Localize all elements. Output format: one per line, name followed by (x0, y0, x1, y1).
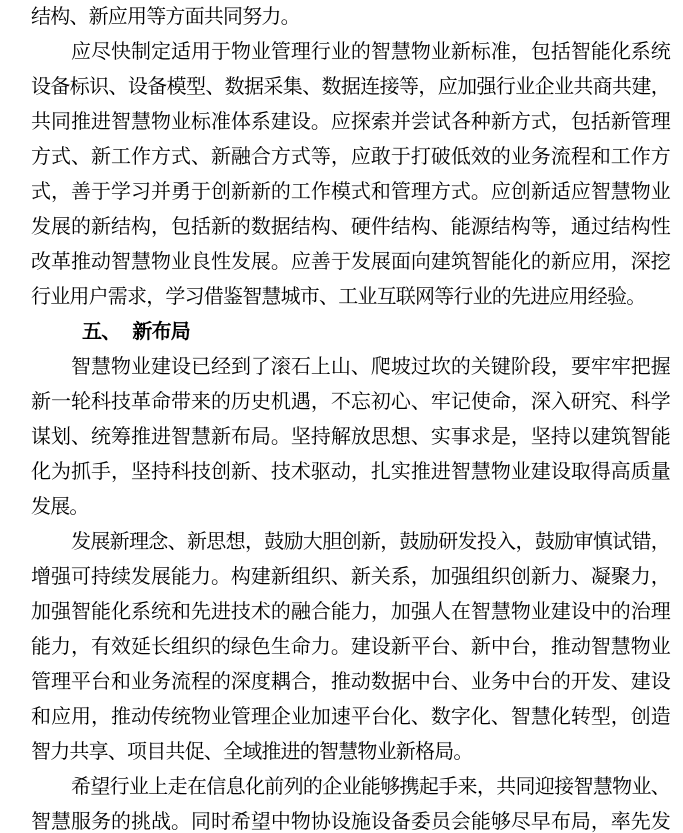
text-line: 智慧物业建设已经到了滚石上山、爬坡过坎的关键阶段，要牢牢把握 (31, 350, 670, 385)
text-line: 化为抓手，坚持科技创新、技术驱动，扎实推进智慧物业建设取得高质量 (31, 455, 670, 490)
text-line: 行业用户需求，学习借鉴智慧城市、工业互联网等行业的先进应用经验。 (31, 280, 670, 315)
text-line: 希望行业上走在信息化前列的企业能够携起手来，共同迎接智慧物业、 (31, 770, 670, 805)
document-page: 结构、新应用等方面共同努力。应尽快制定适用于物业管理行业的智慧物业新标准，包括智… (0, 0, 683, 833)
text-line: 发展。 (31, 490, 670, 525)
section-heading: 五、新布局 (31, 315, 670, 350)
text-line: 式，善于学习并勇于创新新的工作模式和管理方式。应创新适应智慧物业 (31, 175, 670, 210)
text-line: 和应用，推动传统物业管理企业加速平台化、数字化、智慧化转型，创造 (31, 700, 670, 735)
text-line: 发展新理念、新思想，鼓励大胆创新，鼓励研发投入，鼓励审慎试错， (31, 525, 670, 560)
text-line: 发展的新结构，包括新的数据结构、硬件结构、能源结构等，通过结构性 (31, 210, 670, 245)
text-line: 结构、新应用等方面共同努力。 (31, 0, 670, 35)
text-line: 应尽快制定适用于物业管理行业的智慧物业新标准，包括智能化系统 (31, 35, 670, 70)
text-line: 共同推进智慧物业标准体系建设。应探索并尝试各种新方式，包括新管理 (31, 105, 670, 140)
text-line: 改革推动智慧物业良性发展。应善于发展面向建筑智能化的新应用，深挖 (31, 245, 670, 280)
document-body: 结构、新应用等方面共同努力。应尽快制定适用于物业管理行业的智慧物业新标准，包括智… (31, 0, 670, 833)
text-line: 谋划、统筹推进智慧新布局。坚持解放思想、实事求是，坚持以建筑智能 (31, 420, 670, 455)
text-line: 能力，有效延长组织的绿色生命力。建设新平台、新中台，推动智慧物业 (31, 630, 670, 665)
text-line: 加强智能化系统和先进技术的融合能力，加强人在智慧物业建设中的治理 (31, 595, 670, 630)
text-line: 增强可持续发展能力。构建新组织、新关系，加强组织创新力、凝聚力， (31, 560, 670, 595)
text-line: 方式、新工作方式、新融合方式等，应敢于打破低效的业务流程和工作方 (31, 140, 670, 175)
text-line: 设备标识、设备模型、数据采集、数据连接等，应加强行业企业共商共建， (31, 70, 670, 105)
text-line: 智慧服务的挑战。同时希望中物协设施设备委员会能够尽早布局，率先发 (31, 805, 670, 833)
text-line: 新一轮科技革命带来的历史机遇，不忘初心、牢记使命，深入研究、科学 (31, 385, 670, 420)
text-line: 管理平台和业务流程的深度耦合，推动数据中台、业务中台的开发、建设 (31, 665, 670, 700)
section-heading-title: 新布局 (132, 321, 190, 343)
text-line: 智力共享、项目共促、全域推进的智慧物业新格局。 (31, 735, 670, 770)
section-heading-number: 五、 (82, 321, 120, 343)
